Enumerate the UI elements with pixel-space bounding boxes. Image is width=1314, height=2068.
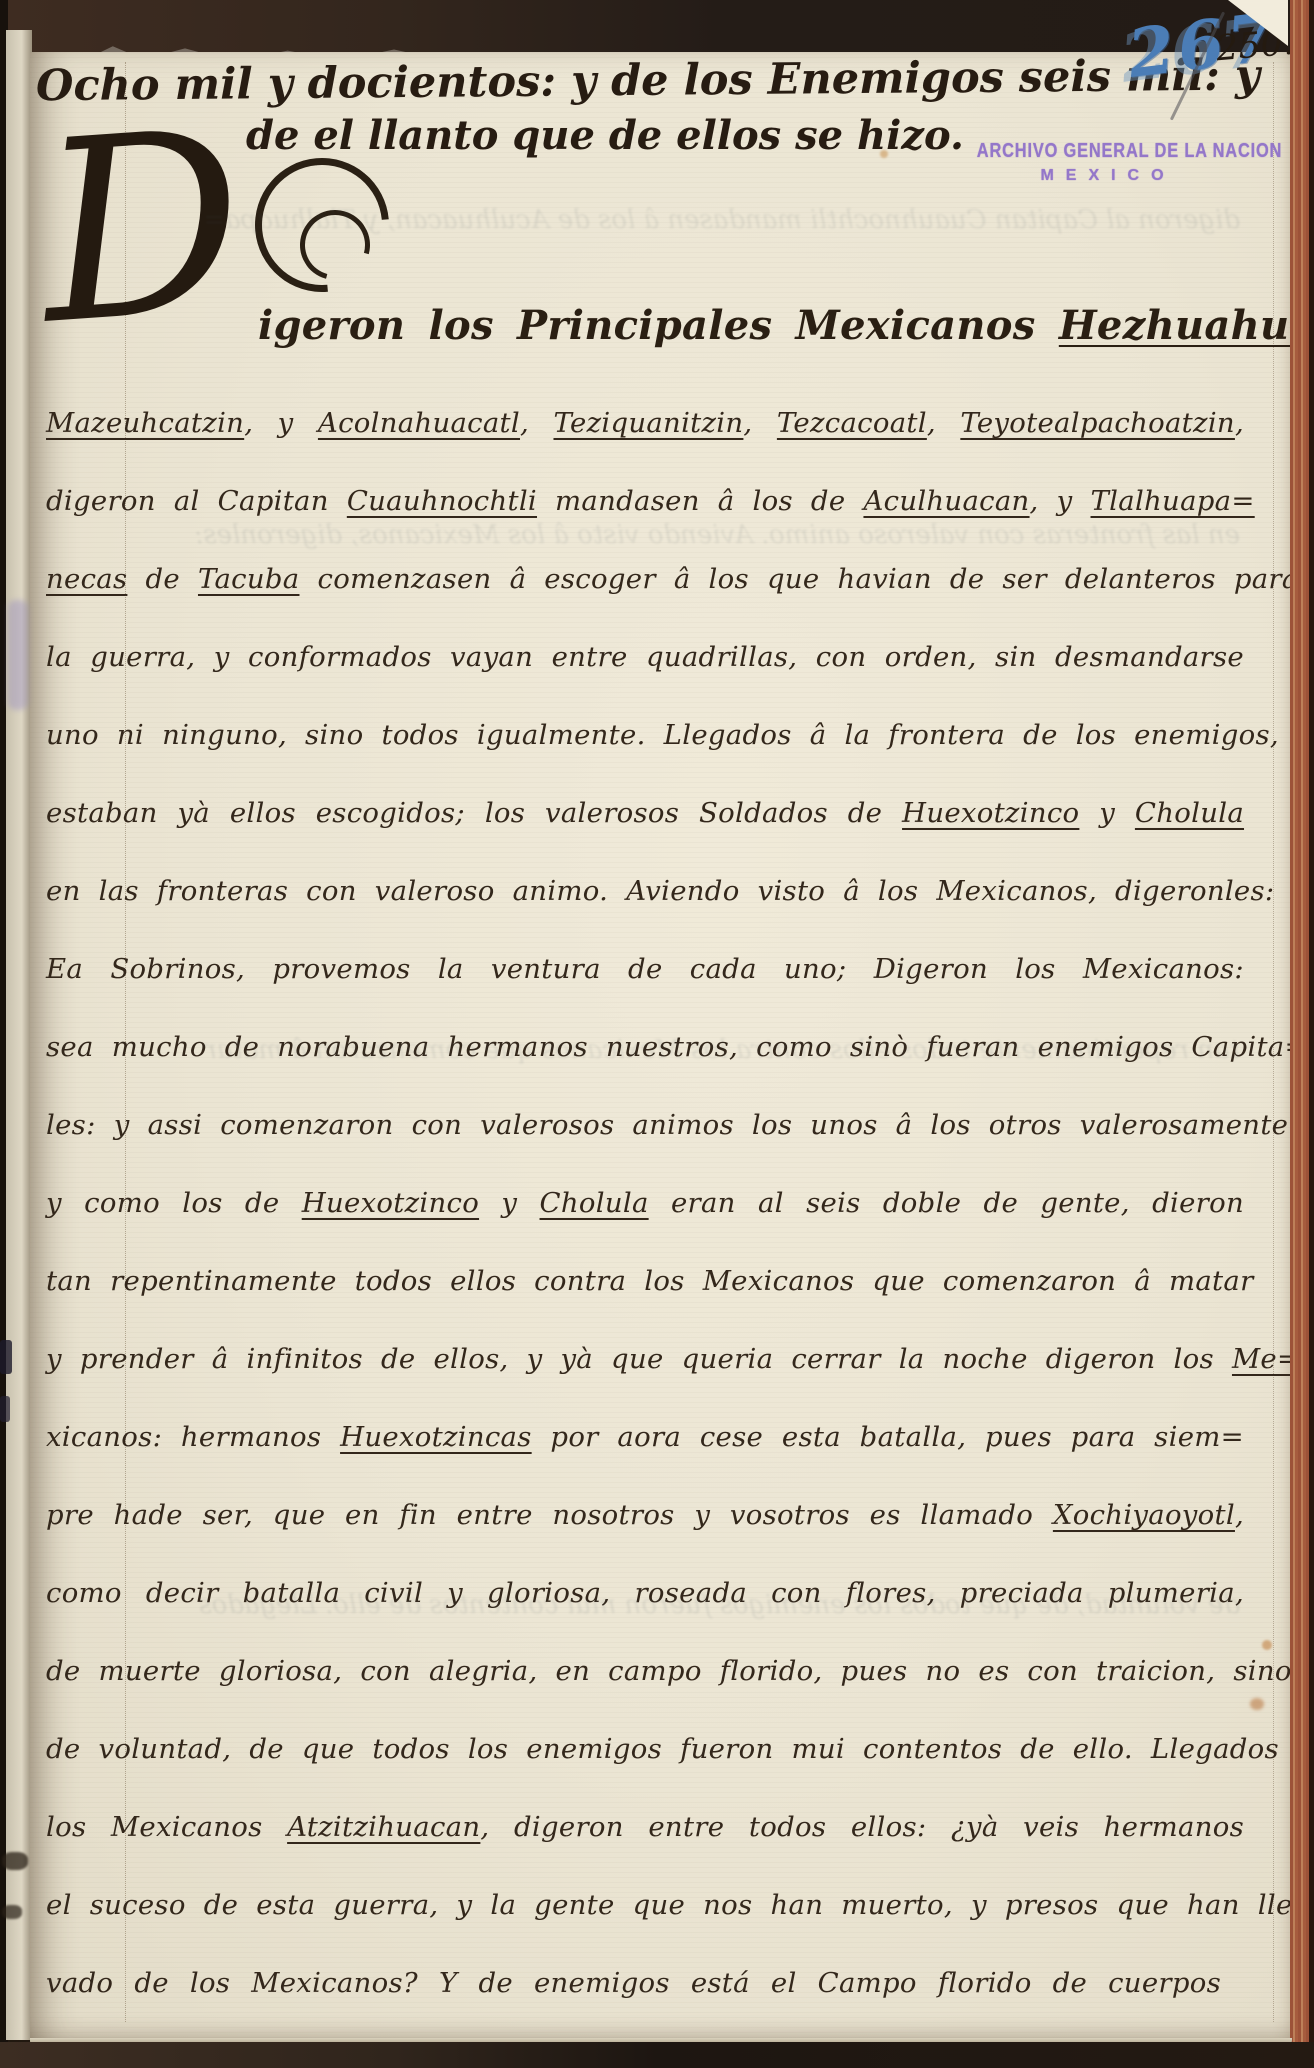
foxing-stain: [880, 150, 888, 158]
binding-top-edge: [0, 0, 1314, 56]
underlined-word: Huexotzinco: [902, 797, 1079, 829]
text-segment: en las fronteras con valeroso animo. Avi…: [46, 875, 1274, 907]
foxing-stain: [1250, 1698, 1264, 1710]
facing-page-sliver: [6, 30, 32, 2040]
body-lines: igeron los Principales Mexicanos Hezhuah…: [46, 268, 1244, 2022]
text-segment: , y: [1030, 485, 1091, 517]
text-segment: de: [127, 563, 198, 595]
text-segment: , y: [244, 407, 318, 439]
underlined-word: Hezhuahuacatl: [1059, 302, 1314, 349]
text-segment: ,: [1235, 407, 1244, 439]
underlined-word: Cholula: [540, 1187, 649, 1219]
manuscript-line: en las fronteras con valeroso animo. Avi…: [46, 852, 1244, 930]
manuscript-line: necas de Tacuba comenzasen â escoger â l…: [46, 540, 1244, 618]
text-segment: y prender â infinitos de ellos, y yà que…: [46, 1343, 1232, 1375]
text-segment: les: y assi comenzaron con valerosos ani…: [46, 1109, 1298, 1141]
manuscript-line: xicanos: hermanos Huexotzincas por aora …: [46, 1398, 1244, 1476]
text-segment: estaban yà ellos escogidos; los valeroso…: [46, 797, 902, 829]
manuscript-line: de muerte gloriosa, con alegria, en camp…: [46, 1632, 1244, 1710]
manuscript-line: y como los de Huexotzinco y Cholula eran…: [46, 1164, 1244, 1242]
text-segment: digeron al Capitan: [46, 485, 347, 517]
text-segment: vado de los Mexicanos? Y de enemigos est…: [46, 1967, 1221, 1999]
manuscript-line: el suceso de esta guerra, y la gente que…: [46, 1866, 1244, 1944]
underlined-word: Mazeuhcatzin: [46, 407, 244, 439]
text-segment: ,: [927, 407, 960, 439]
edge-ink-mark: [2, 1905, 22, 1919]
text-segment: xicanos: hermanos: [46, 1421, 340, 1453]
underlined-word: Acolnahuacatl: [318, 407, 520, 439]
manuscript-line: sea mucho de norabuena hermanos nuestros…: [46, 1008, 1244, 1086]
text-segment: y: [1079, 797, 1135, 829]
manuscript-line: uno ni ninguno, sino todos igualmente. L…: [46, 696, 1244, 774]
underlined-word: Tacuba: [198, 563, 300, 595]
underlined-word: necas: [46, 563, 127, 595]
text-segment: los Mexicanos: [46, 1811, 287, 1843]
text-segment: por aora cese esta batalla, pues para si…: [532, 1421, 1244, 1453]
edge-ink-mark: [2, 1852, 28, 1870]
manuscript-line: vado de los Mexicanos? Y de enemigos est…: [46, 1944, 1244, 2022]
underlined-word: Tezcacoatl: [777, 407, 927, 439]
edge-ink-mark: [0, 1396, 10, 1422]
text-segment: sea mucho de norabuena hermanos nuestros…: [46, 1031, 1308, 1063]
edge-ink-mark: [0, 1340, 12, 1374]
text-segment: mandasen â los de: [537, 485, 863, 517]
text-segment: igeron los Principales Mexicanos: [258, 302, 1059, 349]
manuscript-line: les: y assi comenzaron con valerosos ani…: [46, 1086, 1244, 1164]
manuscript-line: igeron los Principales Mexicanos Hezhuah…: [46, 268, 1244, 384]
text-segment: uno ni ninguno, sino todos igualmente. L…: [46, 719, 1279, 751]
manuscript-line: Ea Sobrinos, provemos la ventura de cada…: [46, 930, 1244, 1008]
heading-line-2: de el llanto que de ellos se hizo.: [246, 112, 964, 159]
manuscript-line: Mazeuhcatzin, y Acolnahuacatl, Teziquani…: [46, 384, 1244, 462]
manuscript-line: la guerra, y conformados vayan entre qua…: [46, 618, 1244, 696]
book-fore-edge-shadow: [1309, 0, 1314, 2068]
text-segment: comenzasen â escoger â los que havian de…: [299, 563, 1298, 595]
underlined-word: Huexotzinco: [302, 1187, 479, 1219]
manuscript-line: estaban yà ellos escogidos; los valeroso…: [46, 774, 1244, 852]
purple-smudge: [8, 600, 28, 710]
manuscript-line: pre hade ser, que en fin entre nosotros …: [46, 1476, 1244, 1554]
text-segment: tan repentinamente todos ellos contra lo…: [46, 1265, 1254, 1297]
underlined-word: Teziquanitzin: [553, 407, 743, 439]
manuscript-line: tan repentinamente todos ellos contra lo…: [46, 1242, 1244, 1320]
manuscript-line: los Mexicanos Atzitzihuacan, digeron ent…: [46, 1788, 1244, 1866]
text-segment: de muerte gloriosa, con alegria, en camp…: [46, 1655, 1292, 1687]
manuscript-line: de voluntad, de que todos los enemigos f…: [46, 1710, 1244, 1788]
text-segment: el suceso de esta guerra, y la gente que…: [46, 1889, 1314, 1921]
archive-stamp: ARCHIVO GENERAL DE LA NACION MEXICO: [948, 140, 1268, 185]
text-segment: la guerra, y conformados vayan entre qua…: [46, 641, 1244, 673]
text-segment: como decir batalla civil y gloriosa, ros…: [46, 1577, 1244, 1609]
underlined-word: Teyotealpachoatzin: [960, 407, 1235, 439]
text-segment: de voluntad, de que todos los enemigos f…: [46, 1733, 1279, 1765]
manuscript-line: como decir batalla civil y gloriosa, ros…: [46, 1554, 1244, 1632]
archive-stamp-line-1: ARCHIVO GENERAL DE LA NACION: [977, 140, 1239, 163]
underlined-word: Aculhuacan: [863, 485, 1029, 517]
text-segment: ,: [1235, 1499, 1244, 1531]
underlined-word: Tlalhuapa=: [1091, 485, 1255, 517]
text-segment: Ea Sobrinos, provemos la ventura de cada…: [46, 953, 1244, 985]
underlined-word: Atzitzihuacan: [287, 1811, 480, 1843]
text-segment: pre hade ser, que en fin entre nosotros …: [46, 1499, 1053, 1531]
binding-bottom-edge: [0, 2042, 1314, 2068]
text-segment: y como los de: [46, 1187, 302, 1219]
text-segment: y: [479, 1187, 539, 1219]
manuscript-book-spread: Ocho mil y docientos: y de los Enemigos …: [0, 0, 1314, 2068]
underlined-word: Huexotzincas: [340, 1421, 532, 1453]
foxing-stain: [1262, 1640, 1272, 1650]
text-segment: ,: [743, 407, 776, 439]
text-segment: ,: [520, 407, 553, 439]
text-segment: eran al seis doble de gente, dieron: [649, 1187, 1244, 1219]
archive-stamp-line-2: MEXICO: [948, 167, 1268, 185]
text-segment: , digeron entre todos ellos: ¿yà veis he…: [480, 1811, 1244, 1843]
underlined-word: Cholula: [1135, 797, 1244, 829]
underlined-word: Cuauhnochtli: [347, 485, 537, 517]
underlined-word: Xochiyaoyotl: [1053, 1499, 1235, 1531]
manuscript-line: y prender â infinitos de ellos, y yà que…: [46, 1320, 1244, 1398]
manuscript-line: digeron al Capitan Cuauhnochtli mandasen…: [46, 462, 1244, 540]
